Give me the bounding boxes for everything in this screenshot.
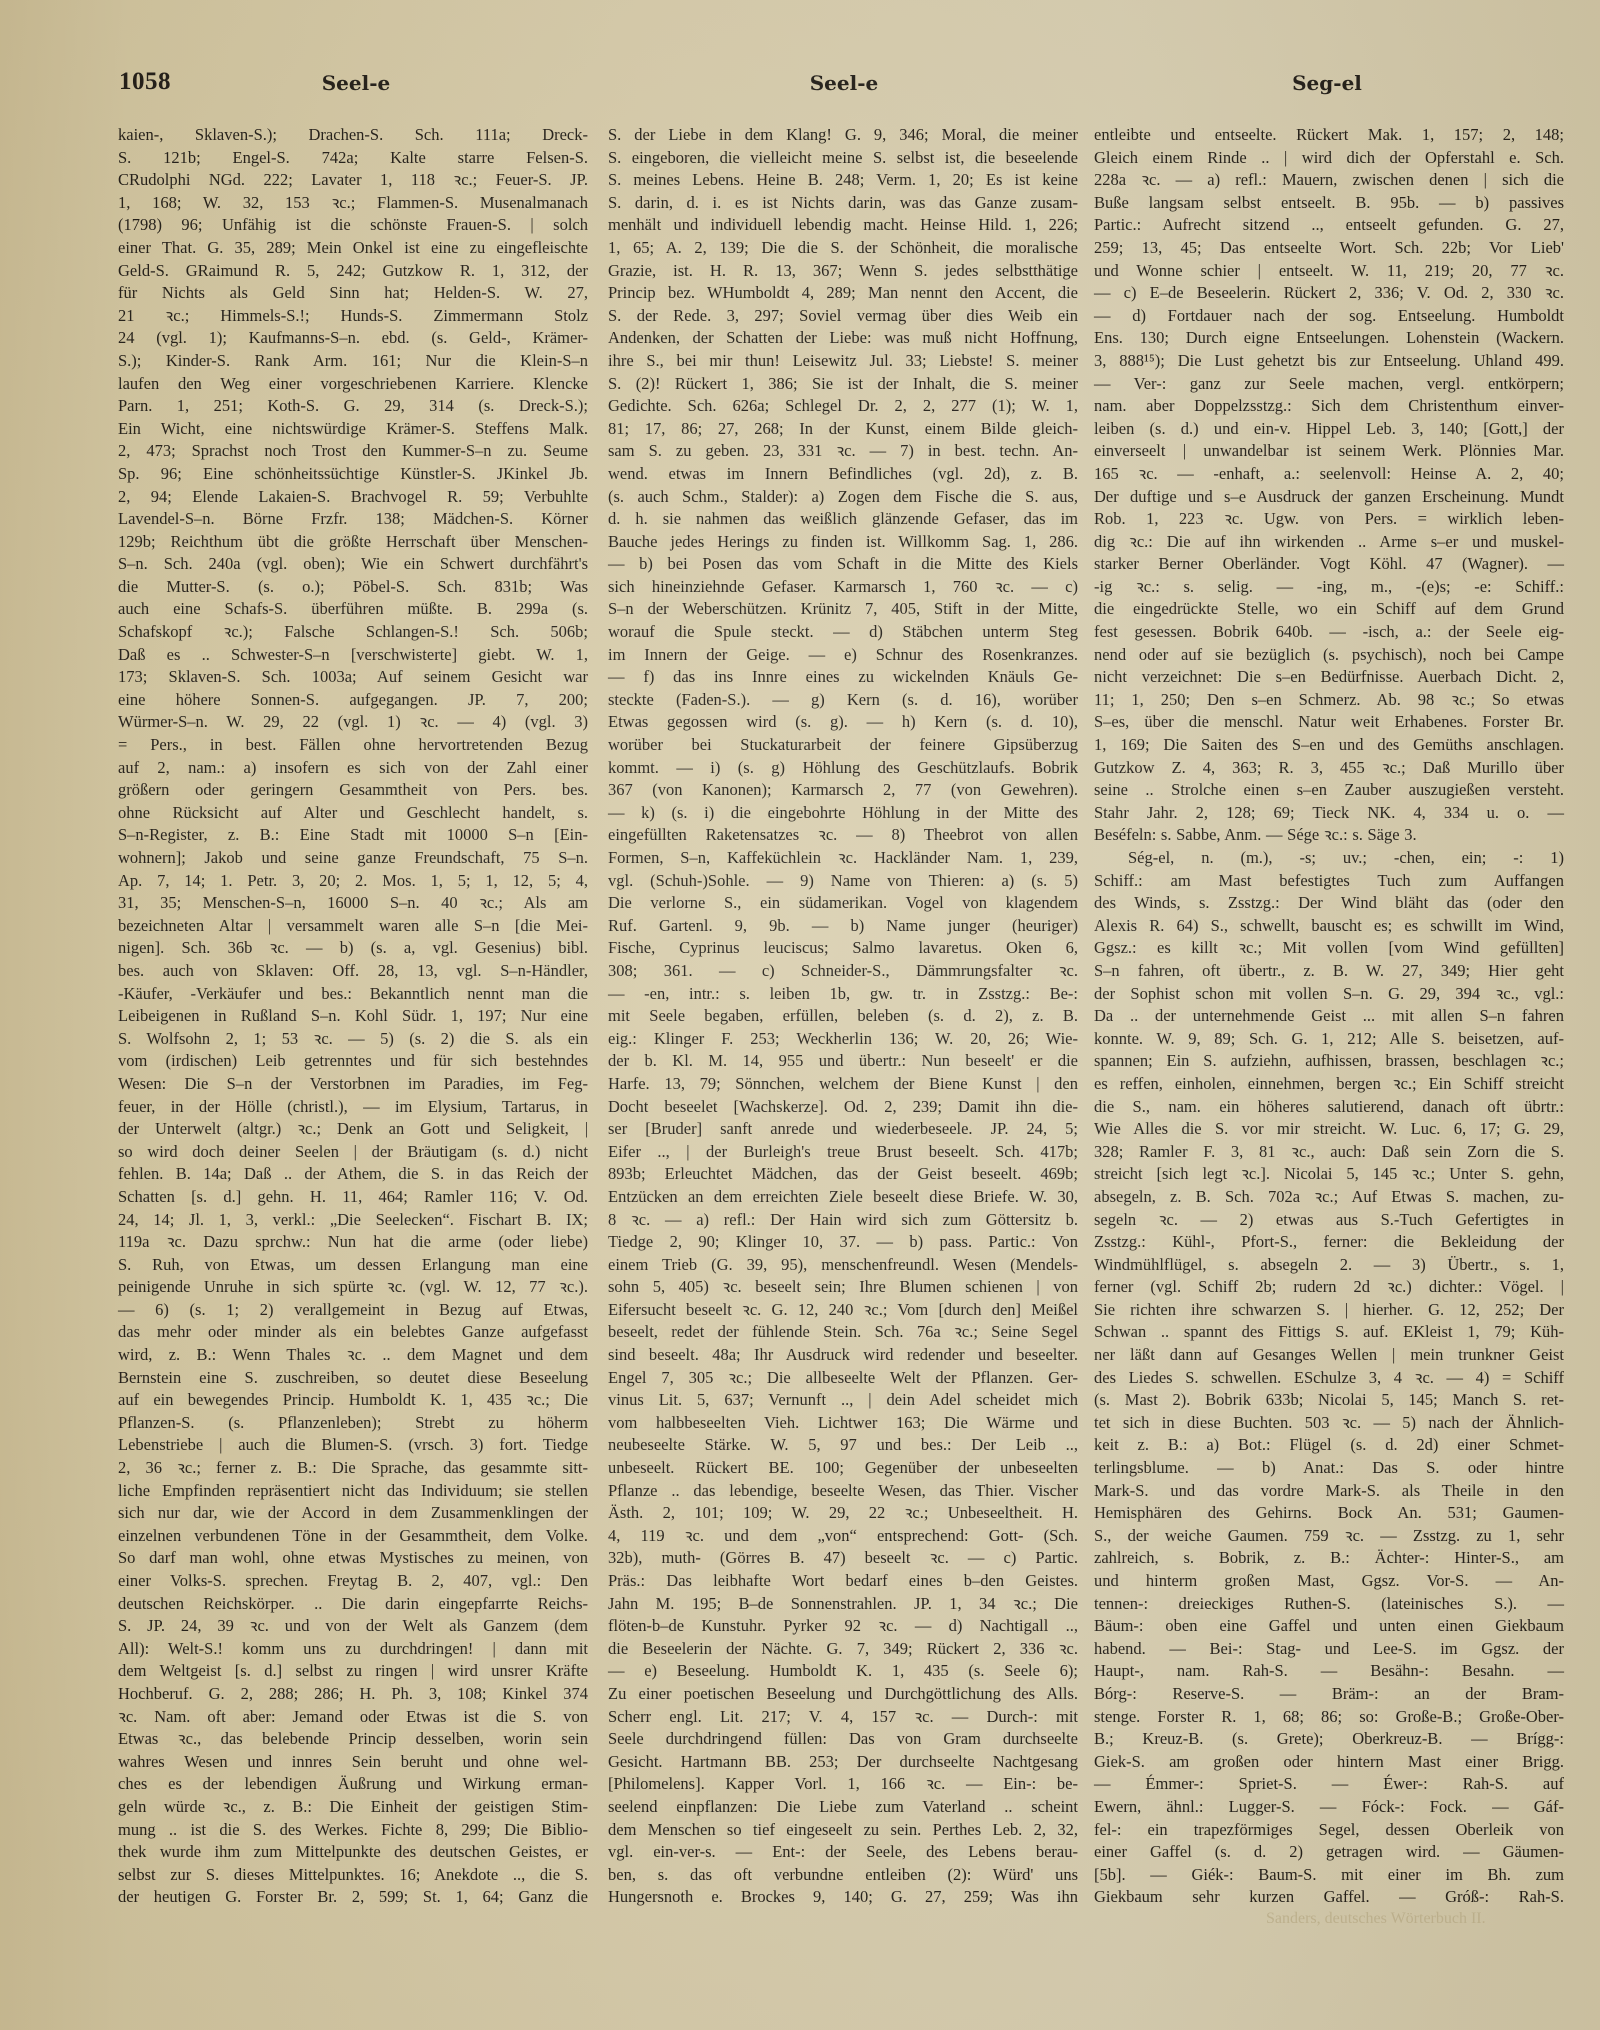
text-line: 2, 36 ꝛc.; ferner z. B.: Die Sprache, da…	[118, 1457, 588, 1480]
text-line: 259; 13, 45; Das entseelte Wort. Sch. 22…	[1094, 237, 1564, 260]
text-line: [Philomelens]. Kapper Vorl. 1, 166 ꝛc. —…	[608, 1773, 1078, 1796]
text-line: sam S. zu geben. 23, 331 ꝛc. — 7) in bes…	[608, 440, 1078, 463]
text-line: 119a ꝛc. Dazu sprchw.: Nun hat die arme …	[118, 1231, 588, 1254]
text-line: unbeseelt. Rückert BE. 100; Gegenüber de…	[608, 1457, 1078, 1480]
text-line: streicht [sich legt ꝛc.]. Nicolai 5, 145…	[1094, 1163, 1564, 1186]
text-line: der Unterwelt (altgr.) ꝛc.; Denk an Gott…	[118, 1118, 588, 1141]
text-line: S–n-Register, z. B.: Eine Stadt mit 1000…	[118, 824, 588, 847]
text-line: seelend einpflanzen: Die Liebe zum Vater…	[608, 1796, 1078, 1819]
text-line: [5b]. — Giék-: Baum-S. mit einer im Bh. …	[1094, 1864, 1564, 1887]
text-line: 228a ꝛc. — a) refl.: Mauern, zwischen de…	[1094, 169, 1564, 192]
text-line: kommt. — i) (s. g) Höhlung des Geschützl…	[608, 757, 1078, 780]
text-line: Lebenstriebe | auch die Blumen-S. (vrsch…	[118, 1434, 588, 1457]
text-line: Ruf. Gartenl. 9, 9b. — b) Name junger (h…	[608, 915, 1078, 938]
text-line: 308; 361. — c) Schneider-S., Dämmrungsfa…	[608, 960, 1078, 983]
text-line: und hinterm großen Mast, Ggsz. Vor-S. — …	[1094, 1570, 1564, 1593]
text-line: ben, s. das oft verbundne entleiben (2):…	[608, 1864, 1078, 1887]
text-line: 1, 169; Die Saiten des S–en und des Gemü…	[1094, 734, 1564, 757]
text-line: peinigende Unruhe in sich spürte ꝛc. (vg…	[118, 1276, 588, 1299]
text-line: Tiedge 2, 90; Klinger 10, 37. — b) pass.…	[608, 1231, 1078, 1254]
text-line: größern oder geringern Gesammtheit von P…	[118, 779, 588, 802]
text-line: Gleich einem Rinde .. | wird dich der Op…	[1094, 147, 1564, 170]
text-line: Rob. 1, 223 ꝛc. Ugw. von Pers. = wirklic…	[1094, 508, 1564, 531]
text-line: liche Empfinden repräsentiert nicht das …	[118, 1480, 588, 1503]
text-line: starker Berner Oberländer. Vogt Köhl. 47…	[1094, 553, 1564, 576]
text-line: ser [Bruder] sanft anrede und wiederbese…	[608, 1118, 1078, 1141]
text-line: dig ꝛc.: Die auf ihn wirkenden .. Arme s…	[1094, 531, 1564, 554]
text-line: dem Weltgeist [s. d.] selbst zu ringen |…	[118, 1660, 588, 1683]
text-line: wird, z. B.: Wenn Thales ꝛc. .. dem Magn…	[118, 1344, 588, 1367]
text-line: bezeichneten Altar | versammelt waren al…	[118, 915, 588, 938]
text-line: eingefüllten Raketensatzes ꝛc. — 8) Thee…	[608, 824, 1078, 847]
text-line: 3, 888¹⁵); Die Lust gehetzt bis zur Ents…	[1094, 350, 1564, 373]
text-line: mit Seele begaben, erfüllen, beleben (s.…	[608, 1005, 1078, 1028]
text-line: 32b), muth- (Görres B. 47) beseelt ꝛc. —…	[608, 1547, 1078, 1570]
text-line: vom (irdischen) Leib getrenntes und für …	[118, 1050, 588, 1073]
text-line: vom halbbeseelten Vieh. Lichtwer 163; Di…	[608, 1412, 1078, 1435]
page-number: 1058	[119, 68, 171, 96]
text-line: Schatten [s. d.] gehn. H. 11, 464; Ramle…	[118, 1186, 588, 1209]
text-line: sich hineinziehnde Gefaser. Karmarsch 1,…	[608, 576, 1078, 599]
text-line: steckte (Faden-S.). — g) Kern (s. d. 16)…	[608, 689, 1078, 712]
text-line: wend. etwas im Innern Befindliches (vgl.…	[608, 463, 1078, 486]
text-line: Gutzkow Z. 4, 363; R. 3, 455 ꝛc.; Daß Mu…	[1094, 757, 1564, 780]
text-line: Leibeigenen in Rußland S–n. Kohl Südr. 1…	[118, 1005, 588, 1028]
text-line: flöten-b–de Kunstuhr. Pyrker 92 ꝛc. — d)…	[608, 1615, 1078, 1638]
text-line: ꝛc. Nam. oft aber: Jemand oder Etwas ist…	[118, 1706, 588, 1729]
text-line: -Käufer, -Verkäufer und bes.: Bekanntlic…	[118, 983, 588, 1006]
text-line: vinus Lit. 5, 637; Vernunft .., | dein A…	[608, 1389, 1078, 1412]
text-line: S. Wolfsohn 2, 1; 53 ꝛc. — 5) (s. 2) die…	[118, 1028, 588, 1051]
text-line: Eifersucht beseelt ꝛc. G. 12, 240 ꝛc.; V…	[608, 1299, 1078, 1322]
text-line: Gedichte. Sch. 626a; Schlegel Dr. 2, 2, …	[608, 395, 1078, 418]
text-line: ferner (vgl. Schiff 2b; rudern 2d ꝛc.) d…	[1094, 1276, 1564, 1299]
text-line: Bernstein eine S. zuschreiben, so deutet…	[118, 1367, 588, 1390]
text-line: der heutigen G. Forster Br. 2, 599; St. …	[118, 1886, 588, 1909]
text-line: 81; 17, 86; 27, 268; In der Kunst, einem…	[608, 418, 1078, 441]
text-line: ches es der lebendigen Äußrung und Wirku…	[118, 1773, 588, 1796]
text-line: die Mutter-S. (s. o.); Pöbel-S. Sch. 831…	[118, 576, 588, 599]
text-line: sich nur dar, wie der Accord in dem Zusa…	[118, 1502, 588, 1525]
text-line: Schwan .. spannt des Fittigs S. auf. EKl…	[1094, 1321, 1564, 1344]
text-line: Grazie, ist. H. R. 13, 367; Wenn S. jede…	[608, 260, 1078, 283]
text-line: Jahn M. 195; B–de Sonnenstrahlen. JP. 1,…	[608, 1593, 1078, 1616]
text-line: S. (2)! Rückert 1, 386; Sie ist der Inha…	[608, 373, 1078, 396]
text-line: — -en, intr.: s. leiben 1b, gw. tr. in Z…	[608, 983, 1078, 1006]
text-line: S. eingeboren, die vielleicht meine S. s…	[608, 147, 1078, 170]
text-line: Lavendel-S–n. Börne Frzfr. 138; Mädchen-…	[118, 508, 588, 531]
text-line: tennen-: dreieckiges Ruthen-S. (lateinis…	[1094, 1593, 1564, 1616]
text-line: die eingedrückte Stelle, wo ein Schiff a…	[1094, 598, 1564, 621]
text-line: Andenken, der Schatten der Liebe: was mu…	[608, 327, 1078, 350]
text-line: wahres Wesen und innres Sein beruht und …	[118, 1751, 588, 1774]
text-line: — Émmer-: Spriet-S. — Éwer-: Rah-S. auf	[1094, 1773, 1564, 1796]
text-line: Pflanzen-S. (s. Pflanzenleben); Strebt z…	[118, 1412, 588, 1435]
text-line: 31, 35; Menschen-S–n, 16000 S–n. 40 ꝛc.;…	[118, 892, 588, 915]
text-line: Giekbaum sehr kurzen Gaffel. — Gróß-: Ra…	[1094, 1886, 1564, 1909]
text-line: die Beseelerin der Nächte. G. 7, 349; Rü…	[608, 1638, 1078, 1661]
text-line: d. h. sie nahmen das weißlich glänzende …	[608, 508, 1078, 531]
text-line: vgl. (Schuh-)Sohle. — 9) Name von Thiere…	[608, 870, 1078, 893]
text-line: beseelt, redet der fühlende Stein. Sch. …	[608, 1321, 1078, 1344]
text-line: thek wurde ihm zum Mittelpunkte des deut…	[118, 1841, 588, 1864]
text-line: All): Welt-S.! komm uns zu durchdringen!…	[118, 1638, 588, 1661]
text-line: S–n der Weberschützen. Krünitz 7, 405, S…	[608, 598, 1078, 621]
text-line: segeln ꝛc. — 2) etwas aus S.-Tuch Gefert…	[1094, 1209, 1564, 1232]
text-line: = Pers., in best. Fällen ohne hervortret…	[118, 734, 588, 757]
text-line: Eifer .., | der Burleigh's treue Brust b…	[608, 1141, 1078, 1164]
text-line: entleibte und entseelte. Rückert Mak. 1,…	[1094, 124, 1564, 147]
text-line: -ig ꝛc.: s. selig. — -ing, m., -(e)s; -e…	[1094, 576, 1564, 599]
text-line: so wird doch deiner Seelen | der Bräutig…	[118, 1141, 588, 1164]
text-line: nigen]. Sch. 36b ꝛc. — b) (s. a, vgl. Ge…	[118, 937, 588, 960]
text-line: 24 (vgl. 1); Kaufmanns-S–n. ebd. (s. Gel…	[118, 327, 588, 350]
text-line: der Sophist schon mit vollen S–n. G. 29,…	[1094, 983, 1564, 1006]
text-line: terlingsblume. — b) Anat.: Das S. oder h…	[1094, 1457, 1564, 1480]
text-line: Ens. 130; Durch eigne Entseelungen. Lohe…	[1094, 327, 1564, 350]
text-line: laufen den Weg einer vorgeschriebenen Ka…	[118, 373, 588, 396]
running-head-column-3: Seg-el	[1227, 71, 1427, 95]
text-line: seine .. Strolche einen s–en Zauber ausz…	[1094, 779, 1564, 802]
text-line: 173; Sklaven-S. Sch. 1003a; Auf seinem G…	[118, 666, 588, 689]
dictionary-page: 1058 Seel-e Seel-e Seg-el kaien-, Sklave…	[0, 0, 1600, 2030]
text-line: Präs.: Das leibhafte Wort bedarf eines b…	[608, 1570, 1078, 1593]
text-line: 8 ꝛc. — a) refl.: Der Hain wird sich zum…	[608, 1209, 1078, 1232]
text-line: im Innern der Geige. — e) Schnur des Ros…	[608, 644, 1078, 667]
text-line: zahlreich, s. Bobrik, z. B.: Ächter-: Hi…	[1094, 1547, 1564, 1570]
text-line: 4, 119 ꝛc. und dem „von“ entsprechend: G…	[608, 1525, 1078, 1548]
text-line: So darf man wohl, ohne etwas Mystisches …	[118, 1547, 588, 1570]
text-column-1: kaien-, Sklaven-S.); Drachen-S. Sch. 111…	[118, 124, 588, 1909]
text-line: deutschen Reichskörper. .. Die darin ein…	[118, 1593, 588, 1616]
text-line: 893b; Erleuchtet Mädchen, das der Geist …	[608, 1163, 1078, 1186]
text-line: und Wonne schier | entseelt. W. 11, 219;…	[1094, 260, 1564, 283]
text-line: Wie Alles die S. vor mir streicht. W. Lu…	[1094, 1118, 1564, 1141]
text-line: 2, 94; Elende Lakaien-S. Brachvogel R. 5…	[118, 486, 588, 509]
text-line: Haupt-, nam. Rah-S. — Besähn-: Besahn. —	[1094, 1660, 1564, 1683]
text-line: es reffen, einholen, einnehmen, bergen ꝛ…	[1094, 1073, 1564, 1096]
text-line: — d) Fortdauer nach der sog. Entseelung.…	[1094, 305, 1564, 328]
text-line: nicht verzeichnet: Die s–en Bedürfnisse.…	[1094, 666, 1564, 689]
text-line: 1, 65; A. 2, 139; Die die S. der Schönhe…	[608, 237, 1078, 260]
text-line: Da .. der unternehmende Geist ... mit al…	[1094, 1005, 1564, 1028]
text-line: feuer, in der Hölle (christl.), — im Ely…	[118, 1096, 588, 1119]
text-line: Engel 7, 305 ꝛc.; Die allbeseelte Welt d…	[608, 1367, 1078, 1390]
text-line: nend oder auf sie bezüglich (s. psychisc…	[1094, 644, 1564, 667]
text-line: das mehr oder minder als ein belebtes Ga…	[118, 1321, 588, 1344]
text-line: Hungersnoth e. Brockes 9, 140; G. 27, 25…	[608, 1886, 1078, 1909]
text-line: Harfe. 13, 79; Sönnchen, welchem der Bie…	[608, 1073, 1078, 1096]
text-line: einer Volks-S. sprechen. Freytag B. 2, 4…	[118, 1570, 588, 1593]
text-line: Bauche jedes Herings zu finden ist. Will…	[608, 531, 1078, 554]
text-line: geln würde ꝛc., z. B.: Die Einheit der g…	[118, 1796, 588, 1819]
text-line: habend. — Bei-: Stag- und Lee-S. im Ggsz…	[1094, 1638, 1564, 1661]
text-line: S. Ruh, von Etwas, um dessen Erlangung m…	[118, 1254, 588, 1277]
text-line: stenge. Forster R. 1, 68; 86; so: Große-…	[1094, 1706, 1564, 1729]
text-line: fel-: ein trapezförmiges Segel, dessen O…	[1094, 1819, 1564, 1842]
text-line: Ein Wicht, eine nichtswürdige Krämer-S. …	[118, 418, 588, 441]
text-line: S.); Kinder-S. Rank Arm. 161; Nur die Kl…	[118, 350, 588, 373]
text-line: bes. auch von Sklaven: Off. 28, 13, vgl.…	[118, 960, 588, 983]
text-line: Parn. 1, 251; Koth-S. G. 29, 314 (s. Dre…	[118, 395, 588, 418]
text-line: 11; 1, 250; Den s–en Schmerz. Ab. 98 ꝛc.…	[1094, 689, 1564, 712]
text-line: Windmühlflügel, s. absegeln 2. — 3) Über…	[1094, 1254, 1564, 1277]
text-line: Sp. 96; Eine schönheitssüchtige Künstler…	[118, 463, 588, 486]
text-line: auf 2, nam.: a) insofern es sich von der…	[118, 757, 588, 780]
text-line: Geld-S. GRaimund R. 5, 242; Gutzkow R. 1…	[118, 260, 588, 283]
text-line: des Liedes S. schwellen. ESchulze 3, 4 ꝛ…	[1094, 1367, 1564, 1390]
text-line: einem Trieb (G. 39, 95), menschenfreundl…	[608, 1254, 1078, 1277]
text-line: Bäum-: oben eine Gaffel und unten einen …	[1094, 1615, 1564, 1638]
text-line: Hemisphären des Gehirns. Bock An. 531; G…	[1094, 1502, 1564, 1525]
text-line: fehlen. B. 14a; Daß .. der Athem, die S.…	[118, 1163, 588, 1186]
text-line: spannen; Ein S. aufziehn, aufhissen, bra…	[1094, 1050, 1564, 1073]
text-line: neubeseelte Stärke. W. 5, 97 und bes.: D…	[608, 1434, 1078, 1457]
text-line: 1, 168; W. 32, 153 ꝛc.; Flammen-S. Musen…	[118, 192, 588, 215]
text-line: — k) (s. i) die eingebohrte Höhlung in d…	[608, 802, 1078, 825]
text-line: S. JP. 24, 39 ꝛc. und von der Welt als G…	[118, 1615, 588, 1638]
text-line: — b) bei Posen das vom Schaft in die Mit…	[608, 553, 1078, 576]
text-line: einer That. G. 35, 289; Mein Onkel ist e…	[118, 237, 588, 260]
text-line: Partic.: Aufrecht sitzend .., entseelt g…	[1094, 214, 1564, 237]
text-line: 367 (von Kanonen); Karmarsch 2, 77 (von …	[608, 779, 1078, 802]
text-line: auf ein bewegendes Princip. Humboldt K. …	[118, 1389, 588, 1412]
text-line: Princip bez. WHumboldt 4, 289; Man nennt…	[608, 282, 1078, 305]
text-line: Beséfeln: s. Sabbe, Anm. — Sége ꝛc.: s. …	[1094, 824, 1564, 847]
text-line: CRudolphi NGd. 222; Lavater 1, 118 ꝛc.; …	[118, 169, 588, 192]
text-line: ihre S., bei mir thun! Leisewitz Jul. 33…	[608, 350, 1078, 373]
text-line: Ästh. 2, 101; 109; W. 29, 22 ꝛc.; Unbese…	[608, 1502, 1078, 1525]
text-line: Daß es .. Schwester-S–n [verschwisterte]…	[118, 644, 588, 667]
text-line: S–n fahren, oft übertr., z. B. W. 27, 34…	[1094, 960, 1564, 983]
text-line: Bórg-: Reserve-S. — Bräm-: an der Bram-	[1094, 1683, 1564, 1706]
text-line: Der duftige und s–e Ausdruck der ganzen …	[1094, 486, 1564, 509]
text-line: S–n. Sch. 240a (vgl. oben); Wie ein Schw…	[118, 553, 588, 576]
text-line: absegeln, z. B. Sch. 702a ꝛc.; Auf Etwas…	[1094, 1186, 1564, 1209]
text-line: leiben (s. d.) und ein-v. Hippel Leb. 3,…	[1094, 418, 1564, 441]
text-line: Zsstzg.: Kühl-, Pfort-S., ferner: die Be…	[1094, 1231, 1564, 1254]
text-line: einverseelt | unwandelbar ist seinem Wer…	[1094, 440, 1564, 463]
text-line: 21 ꝛc.; Himmels-S.!; Hunds-S. Zimmermann…	[118, 305, 588, 328]
text-line: Formen, S–n, Kaffeküchlein ꝛc. Hacklände…	[608, 847, 1078, 870]
text-line: tet sich in diese Buchten. 503 ꝛc. — 5) …	[1094, 1412, 1564, 1435]
text-line: Stahr Jahr. 2, 128; 69; Tieck NK. 4, 334…	[1094, 802, 1564, 825]
text-line: S. meines Lebens. Heine B. 248; Verm. 1,…	[608, 169, 1078, 192]
text-line: eig.: Klinger F. 253; Weckherlin 136; W.…	[608, 1028, 1078, 1051]
text-line: des Winds, s. Zsstzg.: Der Wind bläht da…	[1094, 892, 1564, 915]
text-line: (s. auch Schm., Stalder): a) Zogen dem F…	[608, 486, 1078, 509]
text-line: einer Gaffel (s. d. 2) getragen wird. — …	[1094, 1841, 1564, 1864]
text-line: mung .. ist die S. des Werkes. Fichte 8,…	[118, 1819, 588, 1842]
running-head-column-2: Seel-e	[744, 71, 944, 95]
text-line: für Nichts als Geld Sinn hat; Helden-S. …	[118, 282, 588, 305]
text-line: Etwas gegossen wird (s. g). — h) Kern (s…	[608, 711, 1078, 734]
text-line: vgl. ein-ver-s. — Ent-: der Seele, des L…	[608, 1841, 1078, 1864]
text-line: Pflanze .. das lebendige, beseelte Wesen…	[608, 1480, 1078, 1503]
text-line: Gesicht. Hartmann BB. 253; Der durchseel…	[608, 1751, 1078, 1774]
text-line: 2, 473; Sprachst noch Trost den Kummer-S…	[118, 440, 588, 463]
text-line: — 6) (s. 1; 2) verallgemeint in Bezug au…	[118, 1299, 588, 1322]
text-line: S–es, über die menschl. Natur weit Erhab…	[1094, 711, 1564, 734]
text-line: worauf die Spule steckt. — d) Stäbchen u…	[608, 621, 1078, 644]
text-line: Ap. 7, 14; 1. Petr. 3, 20; 2. Mos. 1, 5;…	[118, 870, 588, 893]
text-line: 24, 14; Jl. 1, 3, verkl.: „Die Seelecken…	[118, 1209, 588, 1232]
text-line: wohnern]; Jakob und seine ganze Freundsc…	[118, 847, 588, 870]
text-column-3: entleibte und entseelte. Rückert Mak. 1,…	[1094, 124, 1564, 1909]
text-line: keit z. B.: a) Bot.: Flügel (s. d. 2d) e…	[1094, 1434, 1564, 1457]
text-line: auch eine Schafs-S. überführen müßte. B.…	[118, 598, 588, 621]
text-line: S., der weiche Gaumen. 759 ꝛc. — Zsstzg.…	[1094, 1525, 1564, 1548]
text-line: der b. Kl. M. 14, 955 und übertr.: Nun b…	[608, 1050, 1078, 1073]
text-line: die S., nam. ein höheres salutierend, da…	[1094, 1096, 1564, 1119]
text-line: 165 ꝛc. — -enhaft, a.: seelenvoll: Heins…	[1094, 463, 1564, 486]
text-line: dem Menschen so tief eingeseelt zu sein.…	[608, 1819, 1078, 1842]
text-line: Hochberuf. G. 2, 288; 286; H. Ph. 3, 108…	[118, 1683, 588, 1706]
text-line: nam. aber Doppelzsstzg.: Sich dem Christ…	[1094, 395, 1564, 418]
running-head-column-1: Seel-e	[256, 71, 456, 95]
text-line: worüber bei Stuckaturarbeit der feinere …	[608, 734, 1078, 757]
text-line: Ggsz.: es killt ꝛc.; Mit vollen [vom Win…	[1094, 937, 1564, 960]
text-line: Ewern, ähnl.: Lugger-S. — Fóck-: Fock. —…	[1094, 1796, 1564, 1819]
text-line: ner läßt dann auf Gesanges Wellen | mein…	[1094, 1344, 1564, 1367]
text-line: Schafskopf ꝛc.); Falsche Schlangen-S.! S…	[118, 621, 588, 644]
text-line: Sie richten ihre schwarzen S. | hierher.…	[1094, 1299, 1564, 1322]
text-line: Buße langsam selbst entseelt. B. 95b. — …	[1094, 192, 1564, 215]
text-line: (s. Mast 2). Bobrik 633b; Nicolai 5, 145…	[1094, 1389, 1564, 1412]
text-line: 328; Ramler F. 3, 81 ꝛc., auch: Daß sein…	[1094, 1141, 1564, 1164]
text-line: selbst zur S. dieses Mittelpunktes. 16; …	[118, 1864, 588, 1887]
text-column-2: S. der Liebe in dem Klang! G. 9, 346; Mo…	[608, 124, 1078, 1909]
text-line: S. der Liebe in dem Klang! G. 9, 346; Mo…	[608, 124, 1078, 147]
text-line: Docht beseelet [Wachskerze]. Od. 2, 239;…	[608, 1096, 1078, 1119]
text-line: ohne Rücksicht auf Alter und Geschlecht …	[118, 802, 588, 825]
text-line: Die verlorne S., ein südamerikan. Vogel …	[608, 892, 1078, 915]
text-line: Giek-S. am großen oder hintern Mast eine…	[1094, 1751, 1564, 1774]
text-line: konnte. W. 9, 89; Sch. G. 1, 212; Alle S…	[1094, 1028, 1564, 1051]
text-line: S. darin, d. i. es ist Nichts darin, was…	[608, 192, 1078, 215]
text-line: B.; Kreuz-B. (s. Grete); Oberkreuz-B. — …	[1094, 1728, 1564, 1751]
text-line: Seele durchdringend füllen: Das von Gram…	[608, 1728, 1078, 1751]
text-line: Entzücken an dem erreichten Ziele beseel…	[608, 1186, 1078, 1209]
text-line: einzelnen verbundenen Töne in der Gesamm…	[118, 1525, 588, 1548]
text-line: fest gesessen. Bobrik 640b. — -isch, a.:…	[1094, 621, 1564, 644]
text-line: S. 121b; Engel-S. 742a; Kalte starre Fel…	[118, 147, 588, 170]
text-line: eine höhere Sonnen-S. aufgegangen. JP. 7…	[118, 689, 588, 712]
text-line: (1798) 96; Unfähig ist die schönste Frau…	[118, 214, 588, 237]
text-line: menhält und individuell lebendig macht. …	[608, 214, 1078, 237]
text-line: Fische, Cyprinus leuciscus; Salmo lavare…	[608, 937, 1078, 960]
printer-signature: Sanders, deutsches Wörterbuch II.	[1266, 1910, 1486, 1928]
text-line: — Ver-: ganz zur Seele machen, vergl. en…	[1094, 373, 1564, 396]
text-line: Schiff.: am Mast befestigtes Tuch zum Au…	[1094, 870, 1564, 893]
text-line: — e) Beseelung. Humboldt K. 1, 435 (s. S…	[608, 1660, 1078, 1683]
text-line: Alexis R. 64) S., schwellt, bauscht es; …	[1094, 915, 1564, 938]
text-line: S. der Rede. 3, 297; Soviel vermag über …	[608, 305, 1078, 328]
text-line: Ség-el, n. (m.), -s; uv.; -chen, ein; -:…	[1094, 847, 1564, 870]
text-line: Zu einer poetischen Beseelung und Durchg…	[608, 1683, 1078, 1706]
text-line: — c) E–de Beseelerin. Rückert 2, 336; V.…	[1094, 282, 1564, 305]
text-line: Wesen: Die S–n der Verstorbnen im Paradi…	[118, 1073, 588, 1096]
text-line: 129b; Reichthum übt die größte Herrschaf…	[118, 531, 588, 554]
text-line: Würmer-S–n. W. 29, 22 (vgl. 1) ꝛc. — 4) …	[118, 711, 588, 734]
text-line: — f) das ins Innre eines zu wickelnden K…	[608, 666, 1078, 689]
text-line: Scherr engl. Lit. 217; V. 4, 157 ꝛc. — D…	[608, 1706, 1078, 1729]
text-line: Mark-S. und das vordre Mark-S. als Theil…	[1094, 1480, 1564, 1503]
text-line: sohn 5, 405) ꝛc. beseelt sein; Ihre Blum…	[608, 1276, 1078, 1299]
text-line: kaien-, Sklaven-S.); Drachen-S. Sch. 111…	[118, 124, 588, 147]
text-line: sind beseelt. 48a; Ihr Ausdruck wird red…	[608, 1344, 1078, 1367]
text-line: Etwas ꝛc., das belebende Princip desselb…	[118, 1728, 588, 1751]
